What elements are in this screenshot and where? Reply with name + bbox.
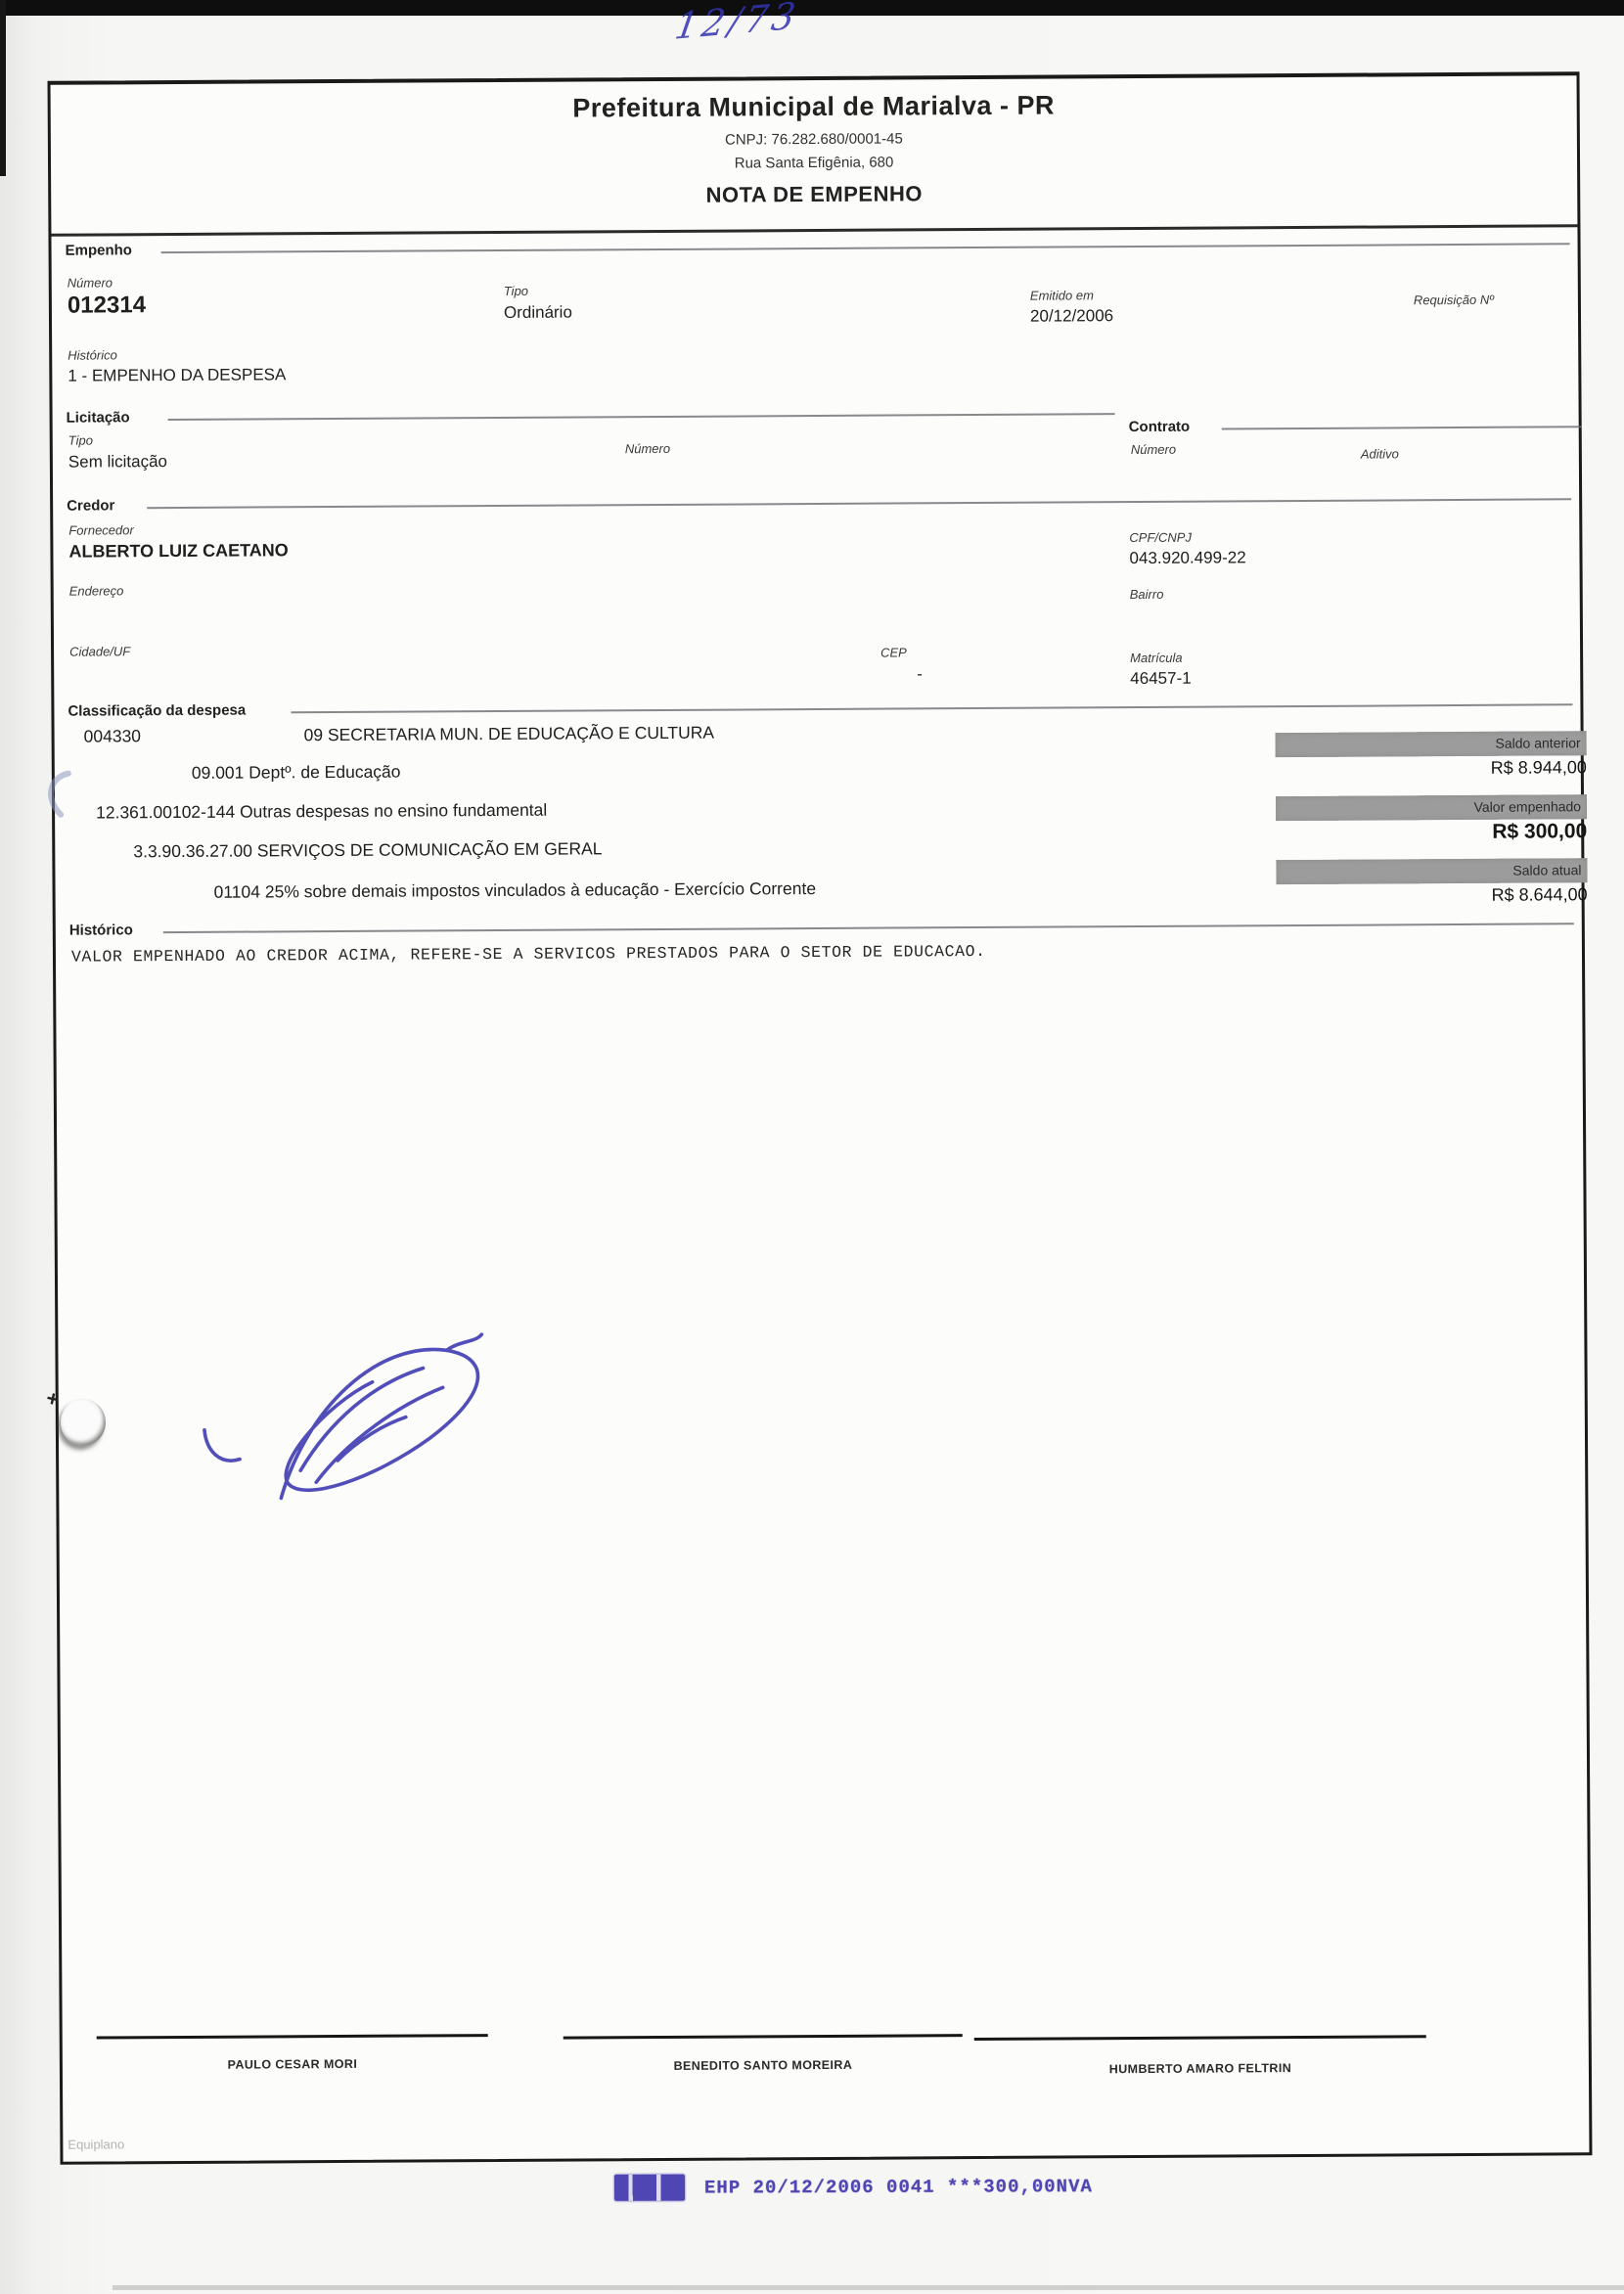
credor-matricula-value: 46457-1: [1130, 669, 1192, 689]
empenho-historico-value: 1 - EMPENHO DA DESPESA: [68, 365, 286, 385]
signatory-name: PAULO CESAR MORI: [97, 2056, 488, 2072]
signatory-name: BENEDITO SANTO MOREIRA: [564, 2057, 963, 2073]
licitacao-numero-label: Número: [625, 441, 670, 456]
nota-de-empenho-form: Prefeitura Municipal de Marialva - PR CN…: [48, 71, 1593, 2165]
licitacao-tipo-value: Sem licitação: [68, 452, 167, 472]
saldo-anterior-bar: Saldo anterior: [1276, 731, 1587, 757]
signatory-name: HUMBERTO AMARO FELTRIN: [974, 2060, 1426, 2077]
credor-matricula-label: Matrícula: [1130, 651, 1183, 665]
empenho-numero-label: Número: [68, 275, 113, 290]
elemento-desc: SERVIÇOS DE COMUNICAÇÃO EM GERAL: [257, 838, 603, 860]
funcional-desc: Outras despesas no ensino fundamental: [240, 800, 547, 822]
saldo-anterior-value: R$ 8.944,00: [1276, 757, 1587, 780]
funcional-code: 12.361.00102-144: [96, 802, 235, 823]
credor-cidade-label: Cidade/UF: [69, 644, 130, 658]
section-licitacao: Licitação: [67, 409, 130, 426]
fonte-desc: 25% sobre demais impostos vinculados à e…: [265, 878, 816, 901]
elemento-code: 3.3.90.36.27.00: [133, 841, 252, 862]
section-historico: Histórico: [69, 922, 133, 938]
vendor-watermark: Equiplano: [68, 2137, 124, 2151]
licitacao-tipo-label: Tipo: [68, 433, 93, 448]
section-classificacao: Classificação da despesa: [68, 702, 246, 720]
document-title: NOTA DE EMPENHO: [51, 177, 1577, 212]
contrato-aditivo-label: Aditivo: [1361, 446, 1399, 461]
classificacao-row: 12.361.00102-144 Outras despesas no ensi…: [96, 800, 547, 824]
empenho-tipo-label: Tipo: [504, 284, 528, 298]
credor-cep-value: -: [917, 664, 923, 684]
valor-empenhado-bar: Valor empenhado: [1276, 794, 1587, 821]
classificacao-row: 09.001 Deptº. de Educação: [192, 762, 401, 784]
empenho-numero-value: 012314: [68, 292, 146, 319]
empenho-emitido-value: 20/12/2006: [1030, 306, 1113, 327]
credor-fornecedor-value: ALBERTO LUIZ CAETANO: [68, 540, 288, 562]
unidade-code: 09.001: [192, 763, 245, 783]
section-contrato: Contrato: [1129, 419, 1191, 435]
saldo-atual-value: R$ 8.644,00: [1277, 884, 1588, 907]
unidade-desc: Deptº. de Educação: [248, 762, 400, 783]
section-rule: [291, 703, 1572, 713]
credor-cpf-label: CPF/CNPJ: [1129, 530, 1192, 545]
credor-cpf-value: 043.920.499-22: [1129, 548, 1245, 568]
credor-cep-label: CEP: [880, 645, 907, 659]
signature-line: [564, 2034, 963, 2039]
empenho-requisicao-label: Requisição Nº: [1414, 292, 1494, 308]
section-rule: [161, 243, 1570, 253]
saldo-atual-bar: Saldo atual: [1276, 858, 1587, 884]
classificacao-row: 09 SECRETARIA MUN. DE EDUCAÇÃO E CULTURA: [304, 723, 715, 746]
classificacao-row: 3.3.90.36.27.00 SERVIÇOS DE COMUNICAÇÃO …: [133, 838, 602, 862]
classificacao-row: 004330: [84, 726, 142, 746]
classificacao-row: 01104 25% sobre demais impostos vinculad…: [214, 878, 817, 903]
section-empenho: Empenho: [66, 242, 132, 258]
pen-mark: +: [45, 1385, 68, 1409]
section-credor: Credor: [67, 497, 114, 514]
valor-empenhado-value: R$ 300,00: [1276, 820, 1587, 845]
scan-bottom-edge: [113, 2285, 1624, 2290]
fonte-code: 01104: [214, 881, 260, 901]
page-title: Prefeitura Municipal de Marialva - PR: [51, 87, 1577, 127]
empenho-emitido-label: Emitido em: [1030, 288, 1094, 302]
credor-fornecedor-label: Fornecedor: [68, 522, 134, 537]
scan-top-edge: [0, 0, 1624, 16]
validation-stamp: EHP 20/12/2006 0041 ***300,00NVA: [614, 2173, 1093, 2201]
handwritten-check-mark: [37, 770, 80, 825]
signature-line: [974, 2035, 1426, 2041]
orgao-code: 004330: [84, 726, 142, 745]
stamp-logo-mark: [614, 2175, 685, 2201]
signature-line: [97, 2034, 488, 2039]
handwritten-page-number: 12/73: [672, 0, 802, 48]
empenho-tipo-value: Ordinário: [504, 303, 572, 323]
header-divider: [51, 224, 1577, 237]
handwritten-signature: [190, 1323, 504, 1530]
contrato-numero-label: Número: [1131, 442, 1176, 457]
hole-punch: [61, 1399, 106, 1446]
credor-bairro-label: Bairro: [1130, 587, 1164, 602]
historico-text: VALOR EMPENHADO AO CREDOR ACIMA, REFERE-…: [71, 938, 1558, 966]
header-address: Rua Santa Efigênia, 680: [51, 150, 1577, 176]
section-rule: [147, 498, 1571, 509]
section-rule: [163, 922, 1574, 933]
orgao-desc: 09 SECRETARIA MUN. DE EDUCAÇÃO E CULTURA: [304, 723, 715, 745]
stamp-text: EHP 20/12/2006 0041 ***300,00NVA: [704, 2176, 1093, 2198]
section-rule: [1222, 426, 1582, 429]
header-cnpj: CNPJ: 76.282.680/0001-45: [51, 126, 1577, 153]
scan-left-edge: [0, 0, 6, 176]
credor-endereco-label: Endereço: [69, 583, 124, 598]
section-rule: [168, 413, 1115, 421]
empenho-historico-label: Histórico: [68, 347, 117, 362]
